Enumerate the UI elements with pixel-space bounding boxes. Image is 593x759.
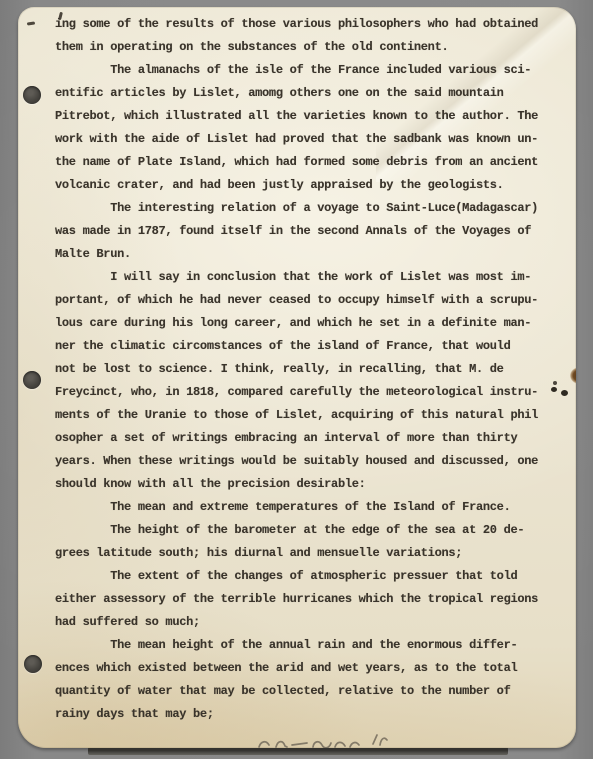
typed-line: had suffered so much; — [55, 611, 567, 634]
typed-line: I will say in conclusion that the work o… — [55, 266, 567, 289]
typed-line: The almanachs of the isle of the France … — [55, 59, 567, 82]
typed-line: not be lost to science. I think, really,… — [55, 358, 567, 381]
under-page-shadow — [88, 747, 508, 755]
typed-line: entific articles by Lislet, amomg others… — [55, 82, 567, 105]
typed-line: The mean and extreme temperatures of the… — [55, 496, 567, 519]
typed-line: was made in 1787, found itself in the se… — [55, 220, 567, 243]
punch-hole-middle — [23, 371, 41, 389]
typed-line: portant, of which he had never ceased to… — [55, 289, 567, 312]
typed-line: rainy days that may be; — [55, 703, 567, 726]
typed-line: Malte Brun. — [55, 243, 567, 266]
paper-sheet: ing some of the results of those various… — [18, 7, 576, 748]
typed-line: The extent of the changes of atmospheric… — [55, 565, 567, 588]
ink-dot — [553, 381, 557, 385]
typed-line: ing some of the results of those various… — [55, 13, 567, 36]
punch-hole-top — [23, 86, 41, 104]
ink-dot — [561, 390, 568, 396]
typed-line: The interesting relation of a voyage to … — [55, 197, 567, 220]
typed-line: years. When these writings would be suit… — [55, 450, 567, 473]
typed-line: ments of the Uranie to those of Lislet, … — [55, 404, 567, 427]
pencil-scribble — [255, 731, 407, 748]
typed-line: ner the climatic circomstances of the is… — [55, 335, 567, 358]
tear-stain-mark — [566, 356, 576, 384]
margin-tick-mark — [27, 21, 35, 25]
typed-line: should know with all the precision desir… — [55, 473, 567, 496]
typed-line: grees latitude south; his diurnal and me… — [55, 542, 567, 565]
punch-hole-bottom — [24, 655, 42, 673]
typed-line: either assessory of the terrible hurrica… — [55, 588, 567, 611]
typed-line: the name of Plate Island, which had form… — [55, 151, 567, 174]
typed-line: ences which existed between the arid and… — [55, 657, 567, 680]
typed-line: Freycinct, who, in 1818, compared carefu… — [55, 381, 567, 404]
typed-line: volcanic crater, and had been justly app… — [55, 174, 567, 197]
typed-line: lous care during his long career, and wh… — [55, 312, 567, 335]
scanned-page-background: ing some of the results of those various… — [0, 0, 593, 759]
typed-line: The mean height of the annual rain and t… — [55, 634, 567, 657]
typed-line: quantity of water that may be collected,… — [55, 680, 567, 703]
typed-line: them in operating on the substances of t… — [55, 36, 567, 59]
typed-line: work with the aide of Lislet had proved … — [55, 128, 567, 151]
typed-line: Pitrebot, which illustrated all the vari… — [55, 105, 567, 128]
typed-line: osopher a set of writings embracing an i… — [55, 427, 567, 450]
typed-line: The height of the barometer at the edge … — [55, 519, 567, 542]
ink-dot — [551, 387, 557, 392]
typed-text-block: ing some of the results of those various… — [55, 13, 567, 726]
